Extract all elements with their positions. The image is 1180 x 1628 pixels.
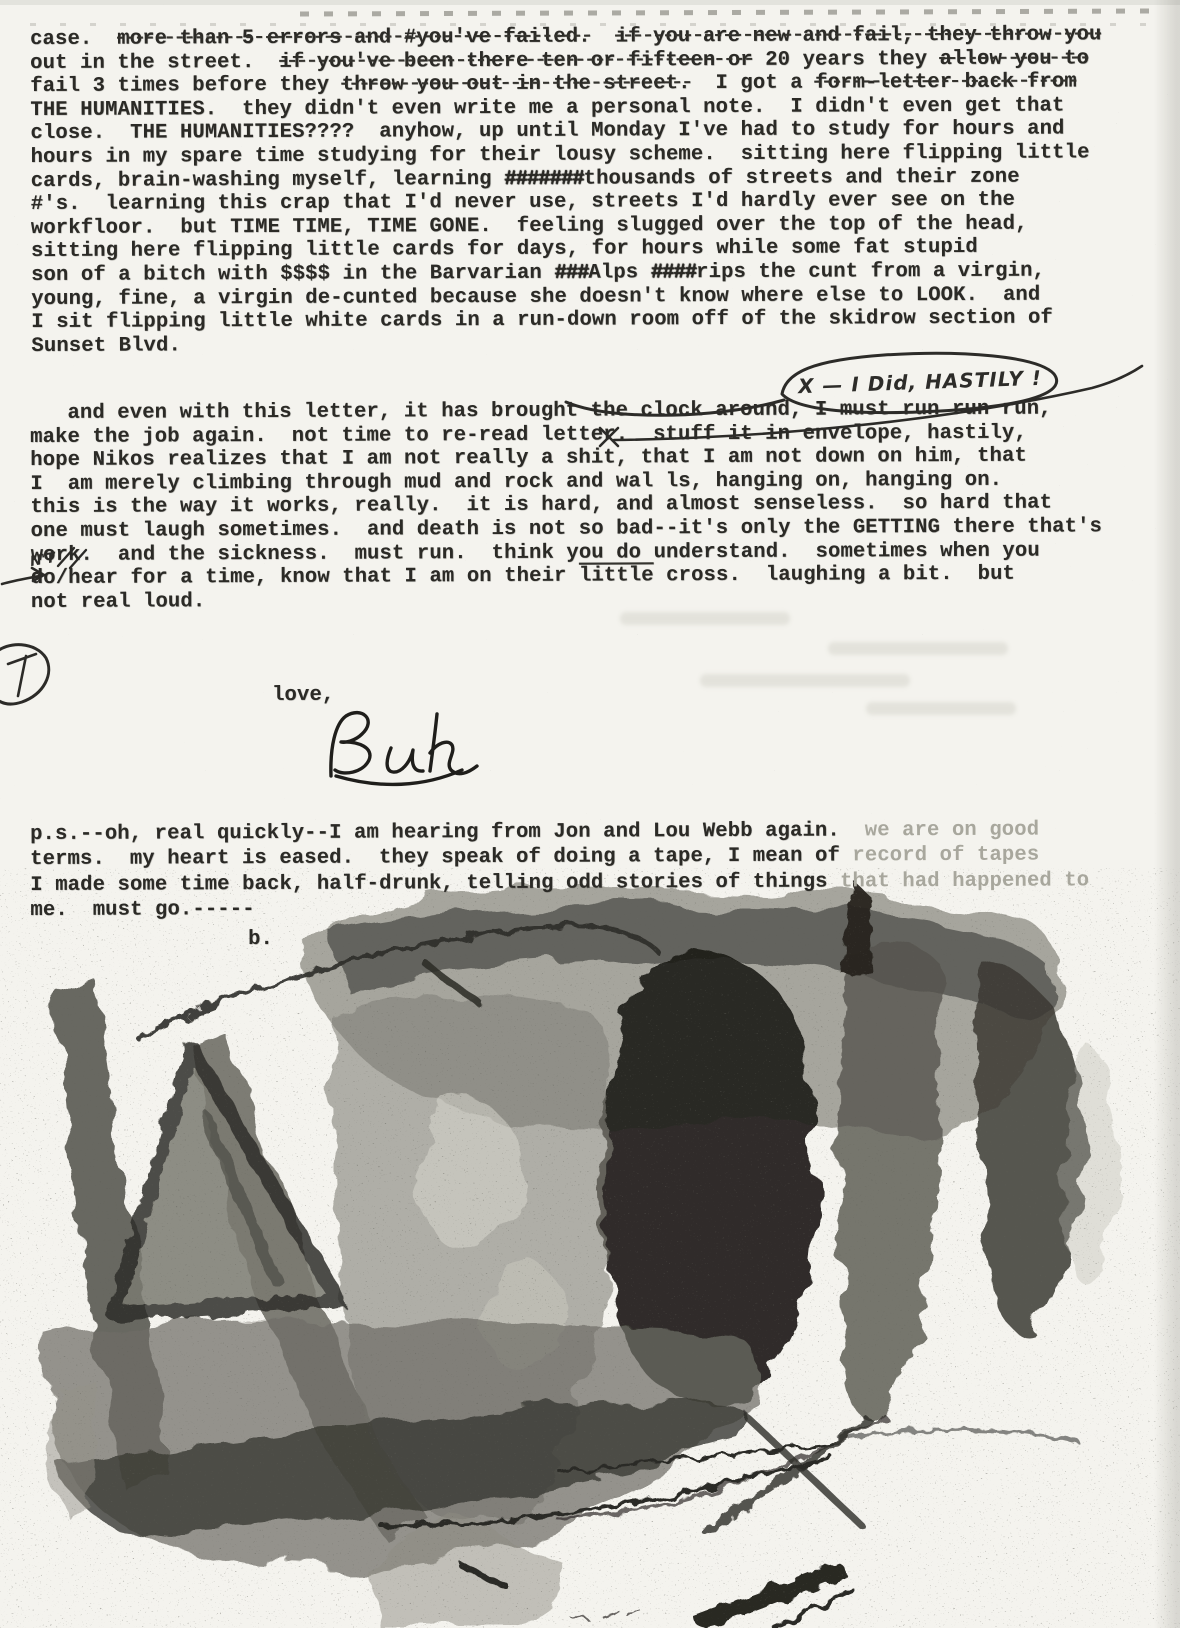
typed-line: Sunset Blvd. <box>31 330 1103 358</box>
charcoal-details <box>114 880 1080 1628</box>
typed-line: I sit flipping little white cards in a r… <box>31 306 1103 334</box>
charcoal-masses <box>49 884 1118 1628</box>
abstract-ink-drawing <box>0 868 1180 1628</box>
ps-initial: b. <box>248 928 273 952</box>
typed-paragraph-1: case. more than 5 errors and #you've fai… <box>30 23 1103 358</box>
closing-love: love, <box>272 684 334 708</box>
charcoal-grain-texture <box>30 868 1090 1628</box>
top-edge-cutoff-text-artifacts <box>300 8 1162 16</box>
top-edge-strip <box>0 0 1180 5</box>
right-edge-shading <box>1154 0 1180 1628</box>
margin-scribble-circle <box>0 645 49 704</box>
scanned-letter-page: case. more than 5 errors and #you've fai… <box>0 0 1180 1628</box>
margin-scribble-marks <box>8 654 36 696</box>
bleed-through-smudge <box>700 674 910 687</box>
signature-buk <box>331 713 477 785</box>
typed-line: I made some time back, half-drunk, telli… <box>30 868 1089 898</box>
ps-paragraph: p.s.--oh, real quickly--I am hearing fro… <box>30 817 1089 923</box>
bleed-through-smudge <box>828 642 1008 655</box>
typed-line: me. must go.----- <box>30 893 1089 923</box>
handwritten-annotation-hastily: X — I Did, HASTILY ! <box>798 366 1043 399</box>
typed-line: not real loud. <box>31 586 1103 614</box>
typed-paragraph-2: and even with this letter, it has brough… <box>30 397 1102 614</box>
typed-line: do/hear for a time, know that I am on th… <box>31 562 1103 590</box>
bleed-through-smudge <box>620 612 790 625</box>
bleed-through-smudge <box>866 702 1016 715</box>
